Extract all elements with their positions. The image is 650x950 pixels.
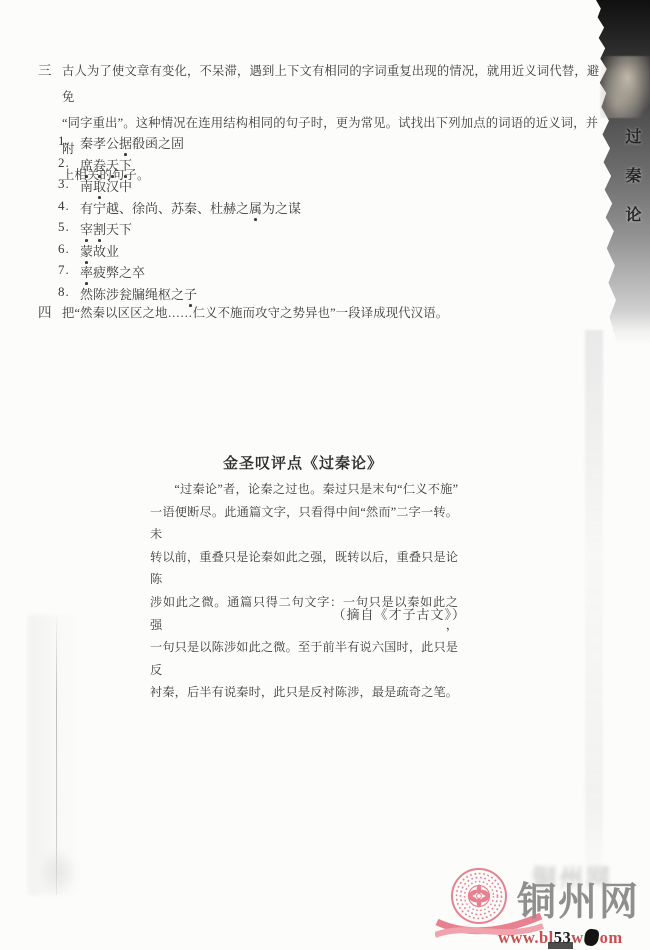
exercise3-text-line: 古人为了使文章有变化，不呆滞，遇到上下文有相同的字词重复出现的情况，就用近义词代…	[62, 58, 605, 110]
exercise-item: 4.有宁越、徐尚、苏秦、杜赫之属为之谋	[58, 198, 301, 220]
scan-smudge	[38, 848, 78, 896]
item-text: 宰割天下	[80, 219, 132, 241]
item-text: 席卷天下	[80, 155, 132, 177]
item-number: 7.	[58, 262, 80, 284]
item-text: 南取汉中	[80, 176, 132, 198]
ink-blot	[583, 928, 599, 947]
text-segment: 疲弊之卒	[93, 265, 145, 280]
url-prefix: www.bl	[498, 928, 554, 947]
dotted-char: 下	[119, 155, 132, 174]
commentary-line: 一语便断尽。此通篇文字，只看得中间“然而”二字一转。未	[150, 501, 458, 546]
exercise-item: 6.蒙故业	[58, 241, 301, 263]
exercise-4-section: 四 把“然秦以区区之地……仁义不施而攻守之势异也”一段译成现代汉语。	[38, 300, 605, 326]
commentary-title: 金圣叹评点《过秦论》	[148, 452, 458, 473]
item-number: 5.	[58, 219, 80, 241]
dotted-char: 属	[249, 198, 262, 217]
item-number: 3.	[58, 176, 80, 198]
item-number: 2.	[58, 155, 80, 177]
text-segment: 殽函之固	[132, 136, 184, 151]
commentary-attribution: （摘自《才子古文》）	[148, 604, 466, 623]
dotted-char: 割	[93, 219, 106, 238]
exercise-item: 2.席卷天下	[58, 155, 301, 177]
text-segment: 秦孝公	[80, 136, 119, 151]
item-number: 6.	[58, 241, 80, 263]
text-segment: 故业	[93, 244, 119, 259]
dotted-char: 卷	[93, 155, 106, 174]
item-text: 秦孝公据殽函之固	[80, 133, 184, 155]
item-text: 蒙故业	[80, 241, 119, 263]
logo-flower-icon	[467, 885, 490, 908]
commentary-paragraph: “过秦论”者，论秦之过也。秦过只是末句“仁义不施”一语便断尽。此通篇文字，只看得…	[150, 478, 458, 704]
text-segment: 天下	[106, 222, 132, 237]
exercise-item: 1.秦孝公据殽函之固	[58, 133, 301, 155]
dotted-char: 取	[93, 176, 106, 195]
exercise4-text: 把“然秦以区区之地……仁义不施而攻守之势异也”一段译成现代汉语。	[62, 300, 605, 326]
dotted-char: 天	[106, 155, 119, 174]
dotted-char: 率	[80, 262, 93, 281]
url-suffix: om	[600, 928, 623, 947]
exercise-item: 7.率疲弊之卒	[58, 262, 301, 284]
dotted-char: 宰	[80, 219, 93, 238]
text-segment: 为之谋	[262, 201, 301, 216]
footer-dark-bar	[548, 942, 573, 949]
exercise3-item-list: 1.秦孝公据殽函之固2.席卷天下3.南取汉中4.有宁越、徐尚、苏秦、杜赫之属为之…	[58, 133, 301, 305]
dotted-char: 席	[80, 155, 93, 174]
text-segment: 有宁越、徐尚、苏秦、杜赫之	[80, 201, 249, 216]
exercise-item: 3.南取汉中	[58, 176, 301, 198]
text-segment: 南	[80, 179, 93, 194]
url-mid: w	[571, 928, 583, 947]
commentary-line: 一句只是以陈涉如此之微。至于前半有说六国时，此只是反	[150, 636, 458, 681]
edge-ornament-smudge	[600, 56, 650, 118]
side-title-vertical: 过秦论	[620, 128, 643, 245]
item-number: 4.	[58, 198, 80, 220]
scan-shadow-strip	[585, 330, 603, 890]
text-segment: 汉中	[106, 179, 132, 194]
item-text: 率疲弊之卒	[80, 262, 145, 284]
item-text: 有宁越、徐尚、苏秦、杜赫之属为之谋	[80, 198, 301, 220]
commentary-line: “过秦论”者，论秦之过也。秦过只是末句“仁义不施”	[150, 478, 458, 501]
exercise-item: 5.宰割天下	[58, 219, 301, 241]
question-marker: 四	[38, 300, 62, 326]
dotted-char: 蒙	[80, 241, 93, 260]
commentary-line: 衬秦，后半有说秦时，此只是反衬陈涉，最是疏奇之笔。	[150, 681, 458, 704]
commentary-line: 转以前，重叠只是论秦如此之强，既转以后，重叠只是论陈	[150, 546, 458, 591]
dotted-char: 据	[119, 133, 132, 152]
scanned-textbook-page: 过秦论 三 古人为了使文章有变化，不呆滞，遇到上下文有相同的字词重复出现的情况，…	[0, 0, 650, 950]
site-name: 铜州网	[517, 883, 640, 923]
item-number: 1.	[58, 133, 80, 155]
